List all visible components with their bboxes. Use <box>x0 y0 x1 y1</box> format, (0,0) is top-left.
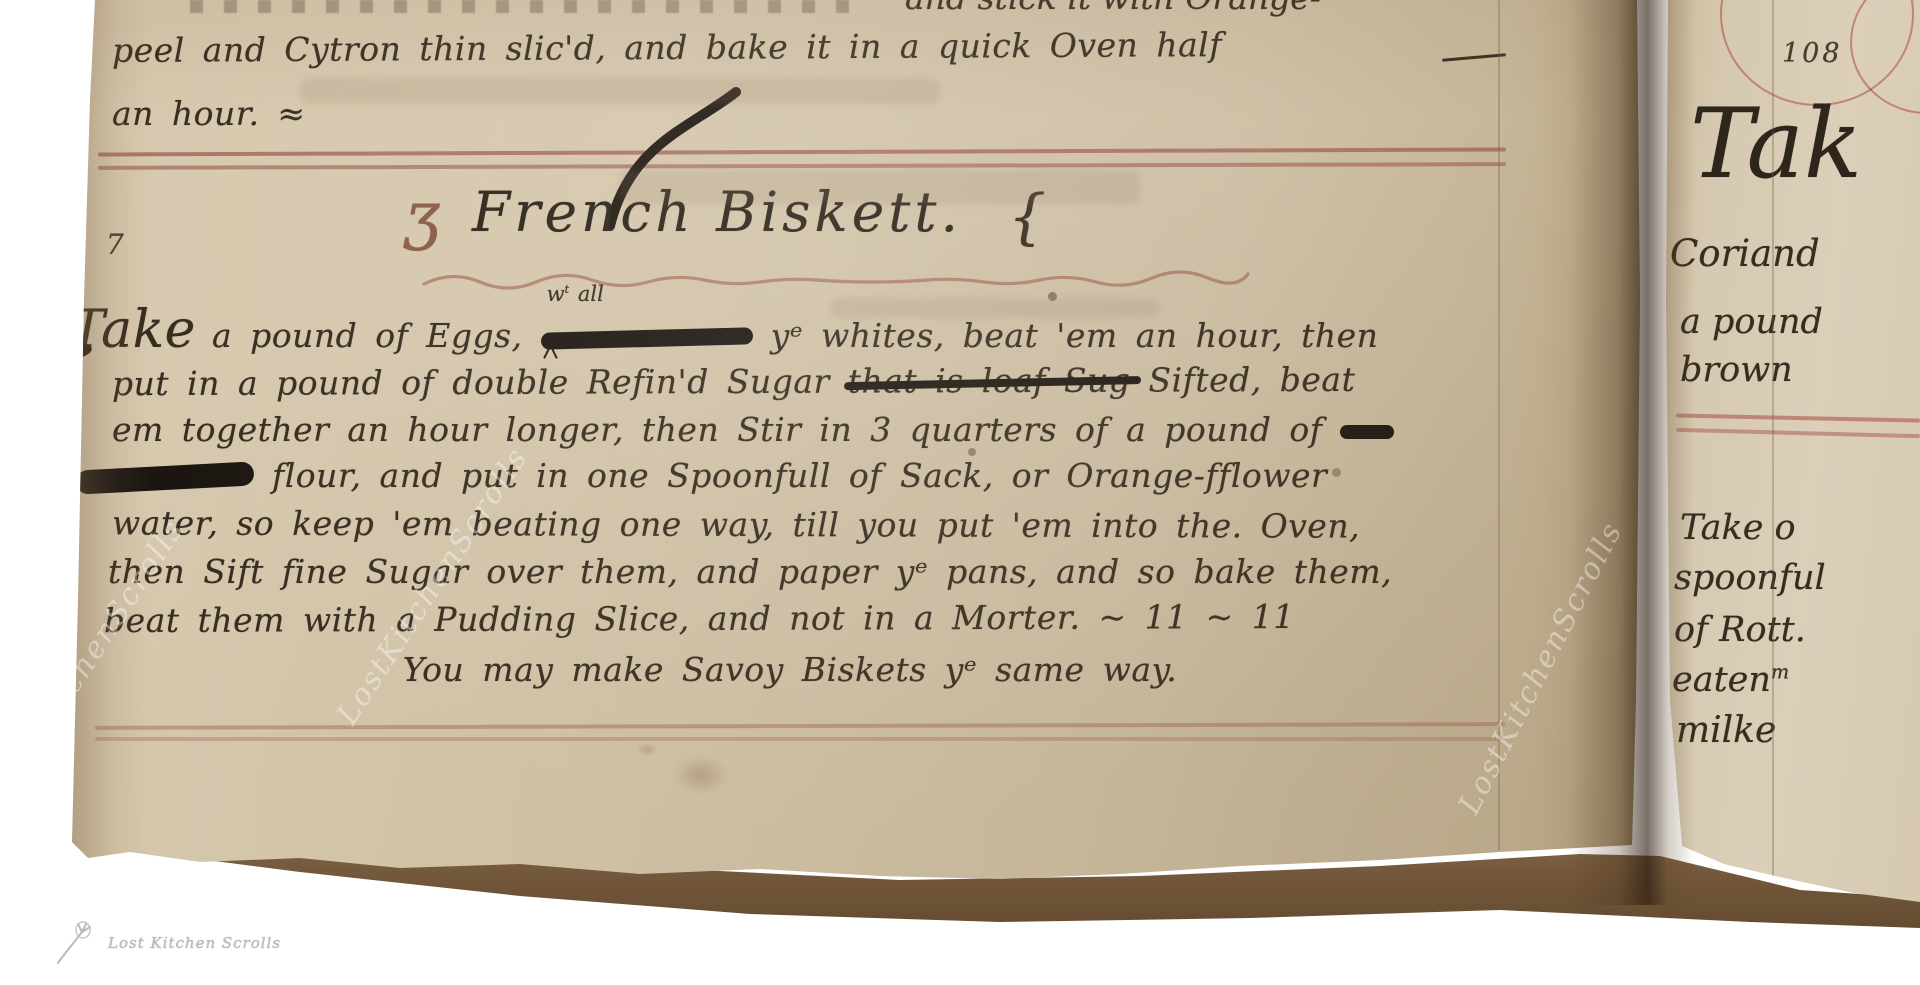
recipe-line-1-post: yᵉ whites, beat 'em an hour, then <box>771 316 1379 355</box>
inserted-note: wt all <box>547 282 604 306</box>
fragment-of-rott: of Rott. <box>1674 610 1806 650</box>
red-rule-bottom-2 <box>95 737 1505 741</box>
red-rule-bottom-1 <box>95 722 1505 729</box>
recipe-line-1-text: a pound of Eggs, <box>212 316 523 355</box>
leading-blot <box>75 461 254 494</box>
red-rule-top-2 <box>98 162 1506 169</box>
right-page: 108 Tak Coriand a pound brown Take o spo… <box>1664 0 1920 985</box>
strike-blot <box>540 327 752 350</box>
recipe-line-3-text: em together an hour longer, then Stir in… <box>112 410 1322 449</box>
fragment-brown: brown <box>1680 350 1793 390</box>
recipe-line-2-post: Sifted, beat <box>1148 360 1355 400</box>
cut-text-strip <box>190 0 850 13</box>
prev-recipe-line-2: an hour. ≈ <box>112 94 306 133</box>
note-sup-t: t <box>565 282 570 296</box>
note-all: all <box>578 282 604 306</box>
trailing-blot <box>1340 425 1394 439</box>
recipe-line-6: then Sift fine Sugar over them, and pape… <box>108 552 1392 591</box>
fragment-take-flourish: Tak <box>1690 88 1862 200</box>
recipe-closing-line: You may make Savoy Biskets yᵉ same way. <box>330 650 1250 689</box>
red-rule-top-1 <box>98 148 1506 156</box>
prev-recipe-line-1: peel and Cytron thin slic'd, and bake it… <box>112 25 1222 70</box>
fragment-spoonful: spoonful <box>1674 558 1826 598</box>
recipe-line-2-pre: put in a pound of double Refin'd Sugar <box>112 362 830 404</box>
struck-text: that is loaf Sug <box>848 361 1131 401</box>
recipe-title: French Biskett. <box>472 180 962 244</box>
pen-stroke <box>1442 53 1506 62</box>
recipe-line-3: em together an hour longer, then Stir in… <box>112 410 1394 449</box>
fragment-take-o: Take o <box>1680 508 1796 548</box>
fragment-a-pound: a pound <box>1680 302 1823 342</box>
fold-line-right-page <box>1772 0 1774 880</box>
stain-spot-small <box>636 742 658 757</box>
title-brace-right: { <box>1008 182 1046 252</box>
ink-speck <box>1332 468 1341 477</box>
fold-line-left-page <box>1498 0 1500 850</box>
recipe-line-5: water, so keep 'em beating one way, till… <box>112 503 1360 545</box>
stain-spot <box>672 754 730 796</box>
fragment-eaten-base: eaten <box>1672 660 1771 700</box>
fragment-coriander: Coriand <box>1670 232 1820 275</box>
recipe-line-1: Takea pound of Eggs, wt all yᵉ whites, b… <box>70 300 1378 360</box>
recipe-line-2: put in a pound of double Refin'd Sugar t… <box>112 360 1355 403</box>
note-w: w <box>547 282 565 306</box>
right-page-number: 108 <box>1782 38 1843 69</box>
correction-cluster: wt all <box>541 316 753 355</box>
fragment-milke: milke <box>1676 710 1776 751</box>
logo-text: Lost Kitchen Scrolls <box>108 934 281 952</box>
margin-number: 7 <box>106 228 124 261</box>
quill-fork-icon <box>52 920 98 966</box>
manuscript-photo: and stick it with Orange- peel and Cytro… <box>0 0 1920 985</box>
left-page: and stick it with Orange- peel and Cytro… <box>0 0 1648 985</box>
left-page-gutter-shading <box>1492 0 1642 985</box>
title-brace-left: Ʒ <box>404 192 440 266</box>
recipe-line-4: flour, and put in one Spoonfull of Sack,… <box>76 456 1327 495</box>
prev-recipe-cut-line: and stick it with Orange- <box>905 0 1321 17</box>
right-red-rule-1 <box>1676 413 1920 422</box>
recipe-line-7: beat them with a Pudding Slice, and not … <box>104 597 1295 640</box>
right-red-rule-2 <box>1676 428 1920 438</box>
recipe-line-4-text: flour, and put in one Spoonfull of Sack,… <box>272 456 1327 495</box>
ink-speck <box>968 448 976 456</box>
